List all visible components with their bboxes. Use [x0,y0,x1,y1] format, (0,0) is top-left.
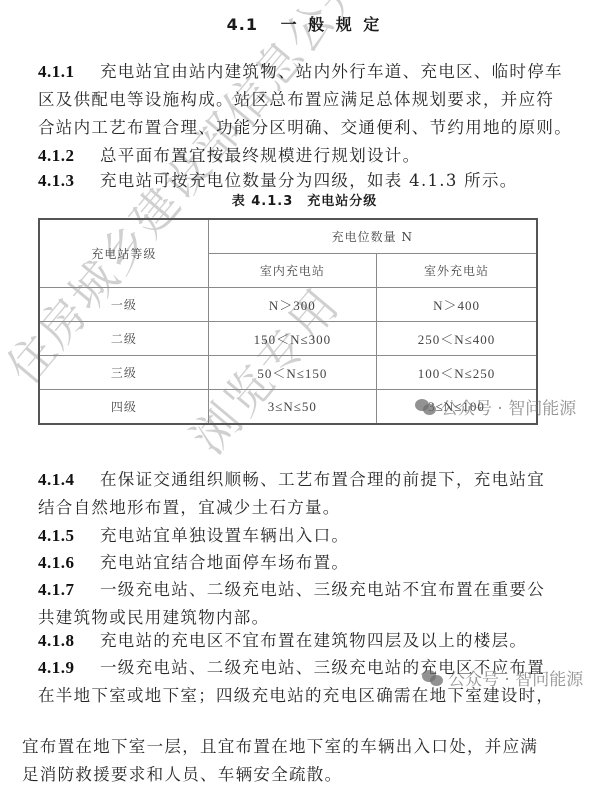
clause-text: 在保证交通组织顺畅、工艺布置合理的前提下，充电站宜 [100,470,545,489]
wechat-watermark-2: 公众号 · 智问能源 [422,665,583,690]
continuation-line-2: 足消防救援要求和人员、车辆安全疏散。 [22,761,342,785]
clause-number: 4.1.7 [38,580,100,600]
wechat-icon [422,670,444,686]
clause-number: 4.1.4 [38,470,100,490]
table-row: 一级 N＞300 N＞400 [39,288,537,322]
clause-text: 充电站可按充电位数量分为四级，如表 4.1.3 所示。 [100,171,518,190]
wechat-label: 公众号 · 智问能源 [448,665,583,690]
clause-4-1-5: 4.1.5充电站宜单独设置车辆出入口。 [38,522,349,546]
cell-outdoor: 100＜N≤250 [377,356,537,390]
cell-indoor: N＞300 [208,288,376,322]
clause-4-1-4-line-1: 4.1.4在保证交通组织顺畅、工艺布置合理的前提下，充电站宜 [38,466,545,490]
clause-4-1-2: 4.1.2总平面布置宜按最终规模进行规划设计。 [38,142,420,166]
table-row: 三级 50＜N≤150 100＜N≤250 [39,356,537,390]
clause-4-1-1-line-1: 4.1.1充电站宜由站内建筑物、站内外行车道、充电区、临时停车 [38,58,563,82]
clause-number: 4.1.8 [38,631,100,651]
header-group: 充电位数量 N [208,219,537,254]
clause-4-1-1-line-3: 合站内工艺布置合理、功能分区明确、交通便利、节约用地的原则。 [38,114,572,138]
cell-outdoor: N＞400 [377,288,537,322]
clause-text: 充电站宜单独设置车辆出入口。 [100,526,349,545]
table-row: 二级 150＜N≤300 250＜N≤400 [39,322,537,356]
cell-grade: 一级 [39,288,208,322]
clause-number: 4.1.1 [38,62,100,82]
cell-indoor: 3≤N≤50 [208,390,376,425]
header-outdoor: 室外充电站 [377,254,537,288]
clause-text: 充电站的充电区不宜布置在建筑物四层及以上的楼层。 [100,631,527,650]
section-title: 一 般 规 定 [281,15,383,34]
table-caption-number: 表 4.1.3 [232,194,294,209]
header-grade: 充电站等级 [39,219,208,288]
clause-4-1-3: 4.1.3充电站可按充电位数量分为四级，如表 4.1.3 所示。 [38,167,518,191]
clause-number: 4.1.5 [38,526,100,546]
clause-number: 4.1.2 [38,146,100,166]
table-header-row: 充电站等级 充电位数量 N [39,219,537,254]
clause-4-1-8: 4.1.8充电站的充电区不宜布置在建筑物四层及以上的楼层。 [38,627,527,651]
table-caption-title: 充电站分级 [307,194,377,209]
header-indoor: 室内充电站 [208,254,376,288]
clause-4-1-7-line-2: 共建筑物或民用建筑物内部。 [38,604,269,628]
clause-text: 充电站宜由站内建筑物、站内外行车道、充电区、临时停车 [100,62,563,81]
continuation-line-1: 宜布置在地下室一层，且宜布置在地下室的车辆出入口处，并应满 [22,733,538,757]
clause-number: 4.1.6 [38,553,100,573]
clause-number: 4.1.3 [38,171,100,191]
wechat-label: 公众号 · 智问能源 [441,394,576,419]
clause-text: 一级充电站、二级充电站、三级充电站不宜布置在重要公 [100,580,545,599]
clause-text: 总平面布置宜按最终规模进行规划设计。 [100,146,420,165]
clause-4-1-6: 4.1.6充电站宜结合地面停车场布置。 [38,549,349,573]
clause-4-1-4-line-2: 结合自然地形布置，宜减少土石方量。 [38,494,341,518]
clause-4-1-1-line-2: 区及供配电等设施构成。站区总布置应满足总体规划要求，并应符 [38,86,554,110]
wechat-watermark-1: 公众号 · 智问能源 [415,394,576,419]
cell-outdoor: 250＜N≤400 [377,322,537,356]
cell-indoor: 50＜N≤150 [208,356,376,390]
clause-text: 充电站宜结合地面停车场布置。 [100,553,349,572]
cell-grade: 三级 [39,356,208,390]
clause-4-1-7-line-1: 4.1.7一级充电站、二级充电站、三级充电站不宜布置在重要公 [38,576,545,600]
section-heading: 4.1 一 般 规 定 [0,12,609,35]
section-number: 4.1 [227,15,258,34]
table-caption: 表 4.1.3充电站分级 [0,190,609,209]
wechat-icon [415,399,437,415]
cell-grade: 四级 [39,390,208,425]
cell-grade: 二级 [39,322,208,356]
clause-number: 4.1.9 [38,658,100,678]
cell-indoor: 150＜N≤300 [208,322,376,356]
